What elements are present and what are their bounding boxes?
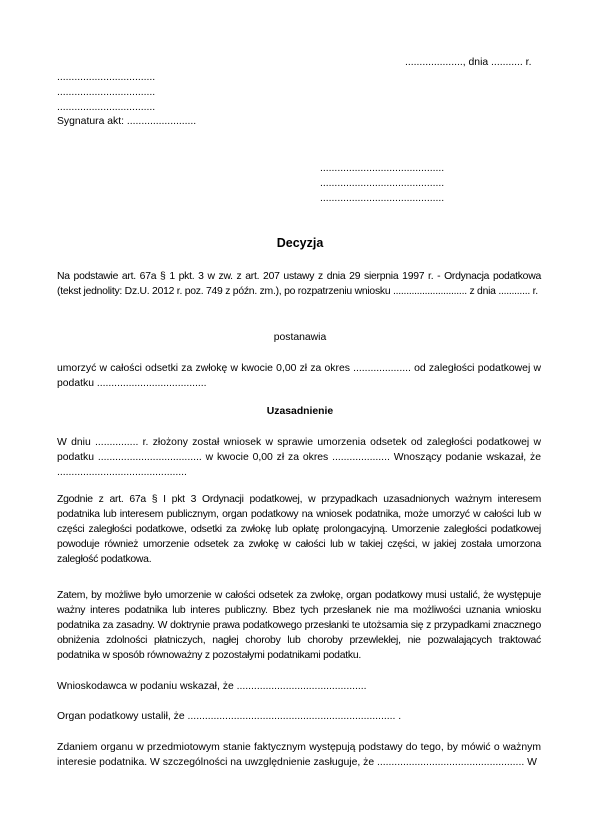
- justification-heading: Uzasadnienie: [0, 406, 600, 417]
- decision-paragraph: umorzyć w całości odsetki za zwłokę w kw…: [57, 361, 541, 391]
- place-date-line: ...................., dnia ........... r…: [405, 57, 531, 68]
- authority-opinion-paragraph: Zdaniem organu w przedmiotowym stanie fa…: [57, 740, 541, 770]
- sender-line: ..................................: [57, 87, 155, 98]
- applicant-stated-paragraph: Wnioskodawca w podaniu wskazał, że .....…: [57, 679, 541, 694]
- authority-found-paragraph: Organ podatkowy ustalił, że ............…: [57, 709, 541, 724]
- recipient-line: ........................................…: [320, 193, 444, 204]
- case-number: Sygnatura akt: ........................: [57, 116, 196, 127]
- sender-line: ..................................: [57, 72, 155, 83]
- legal-rule-paragraph: Zgodnie z art. 67a § I pkt 3 Ordynacji p…: [57, 492, 541, 567]
- sender-line: ..................................: [57, 102, 155, 113]
- legal-basis-paragraph: Na podstawie art. 67a § 1 pkt. 3 w zw. z…: [57, 269, 541, 299]
- conditions-paragraph: Zatem, by możliwe było umorzenie w całoś…: [57, 588, 541, 663]
- recipient-line: ........................................…: [320, 163, 444, 174]
- recipient-line: ........................................…: [320, 178, 444, 189]
- decides-label: postanawia: [0, 332, 600, 343]
- document-title: Decyzja: [0, 236, 600, 250]
- application-filed-paragraph: W dniu ............... r. złożony został…: [57, 435, 541, 480]
